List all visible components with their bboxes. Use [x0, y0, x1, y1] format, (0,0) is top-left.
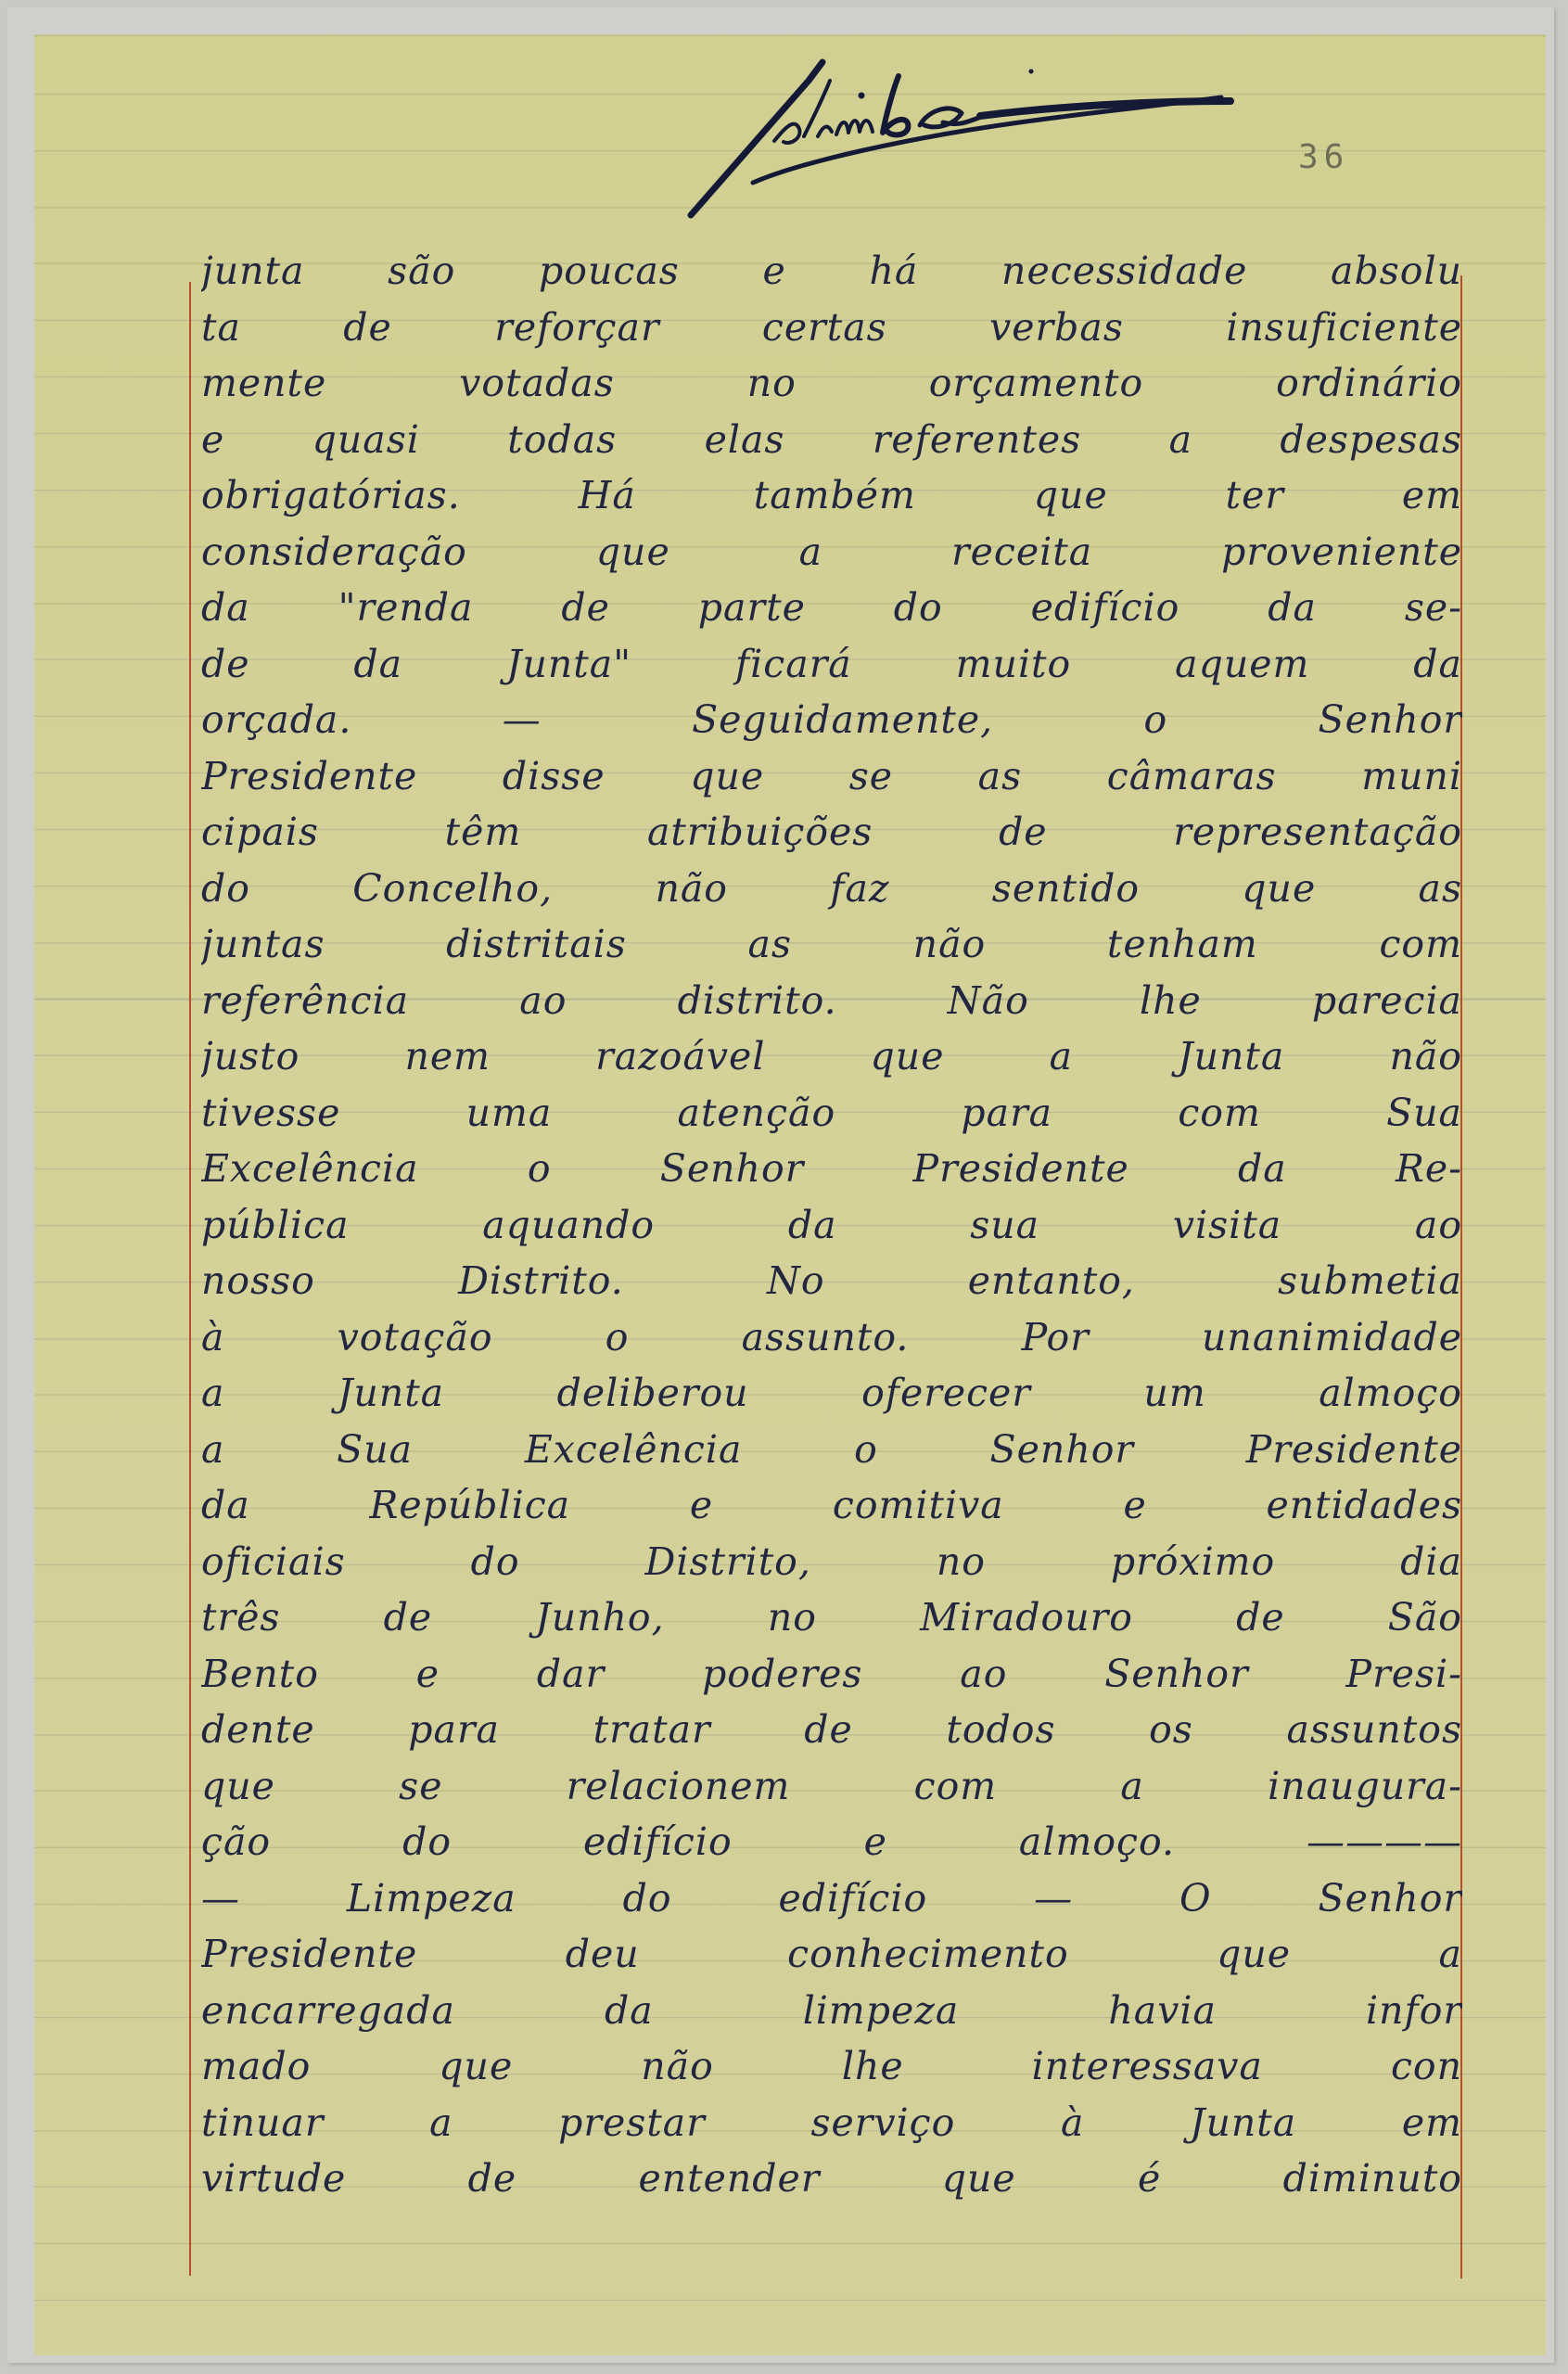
text-line: justo nem razoável que a Junta não	[201, 1028, 1462, 1085]
text-line: Presidente deu conhecimento que a	[201, 1926, 1462, 1983]
text-line: do Concelho, não faz sentido que as	[201, 861, 1462, 917]
page-number: 36	[1298, 138, 1349, 176]
text-line: Presidente disse que se as câmaras muni	[201, 748, 1462, 805]
text-line: cipais têm atribuições de representação	[201, 804, 1462, 861]
text-line: consideração que a receita proveniente	[201, 524, 1462, 581]
text-line: oficiais do Distrito, no próximo dia	[201, 1534, 1462, 1590]
text-line: encarregada da limpeza havia infor	[201, 1983, 1462, 2039]
text-line: junta são poucas e há necessidade absolu	[201, 243, 1462, 300]
text-line: virtude de entender que é diminuto	[201, 2151, 1462, 2207]
text-line: a Sua Excelência o Senhor Presidente	[201, 1422, 1462, 1478]
text-line: tinuar a prestar serviço à Junta em	[201, 2095, 1462, 2151]
text-line: a Junta deliberou oferecer um almoço	[201, 1365, 1462, 1422]
text-line: dente para tratar de todos os assuntos	[201, 1702, 1462, 1758]
text-line: Excelência o Senhor Presidente da Re-	[201, 1141, 1462, 1197]
text-line: da República e comitiva e entidades	[201, 1477, 1462, 1534]
text-line: que se relacionem com a inaugura-	[201, 1758, 1462, 1815]
text-line: pública aquando da sua visita ao	[201, 1197, 1462, 1254]
scan-frame: 36 junta são poucas e há necessidade abs…	[7, 7, 1554, 2363]
text-line: mado que não lhe interessava con	[201, 2038, 1462, 2095]
text-line: três de Junho, no Miradouro de São	[201, 1589, 1462, 1646]
text-line: referência ao distrito. Não lhe parecia	[201, 973, 1462, 1029]
text-line: da "renda de parte do edifício da se-	[201, 580, 1462, 636]
text-line: orçada. — Seguidamente, o Senhor	[201, 692, 1462, 748]
text-line: tivesse uma atenção para com Sua	[201, 1085, 1462, 1142]
section-heading-line: — Limpeza do edifício — O Senhor	[201, 1870, 1462, 1927]
text-line: juntas distritais as não tenham com	[201, 916, 1462, 973]
signature-icon	[665, 44, 1314, 229]
text-line: Bento e dar poderes ao Senhor Presi-	[201, 1646, 1462, 1703]
text-line: ta de reforçar certas verbas insuficient…	[201, 300, 1462, 356]
page-number-text: 36	[1298, 138, 1349, 176]
text-line: mente votadas no orçamento ordinário	[201, 355, 1462, 412]
text-line: e quasi todas elas referentes a despesas	[201, 412, 1462, 468]
text-line: ção do edifício e almoço. ————	[201, 1814, 1462, 1870]
handwritten-text: junta são poucas e há necessidade absolu…	[201, 243, 1462, 2207]
ledger-page: 36 junta são poucas e há necessidade abs…	[34, 34, 1546, 2355]
text-line: obrigatórias. Há também que ter em	[201, 467, 1462, 524]
text-line: de da Junta" ficará muito aquem da	[201, 636, 1462, 693]
text-line: à votação o assunto. Por unanimidade	[201, 1309, 1462, 1366]
left-margin-rule	[189, 282, 191, 2276]
text-line: nosso Distrito. No entanto, submetia	[201, 1253, 1462, 1309]
